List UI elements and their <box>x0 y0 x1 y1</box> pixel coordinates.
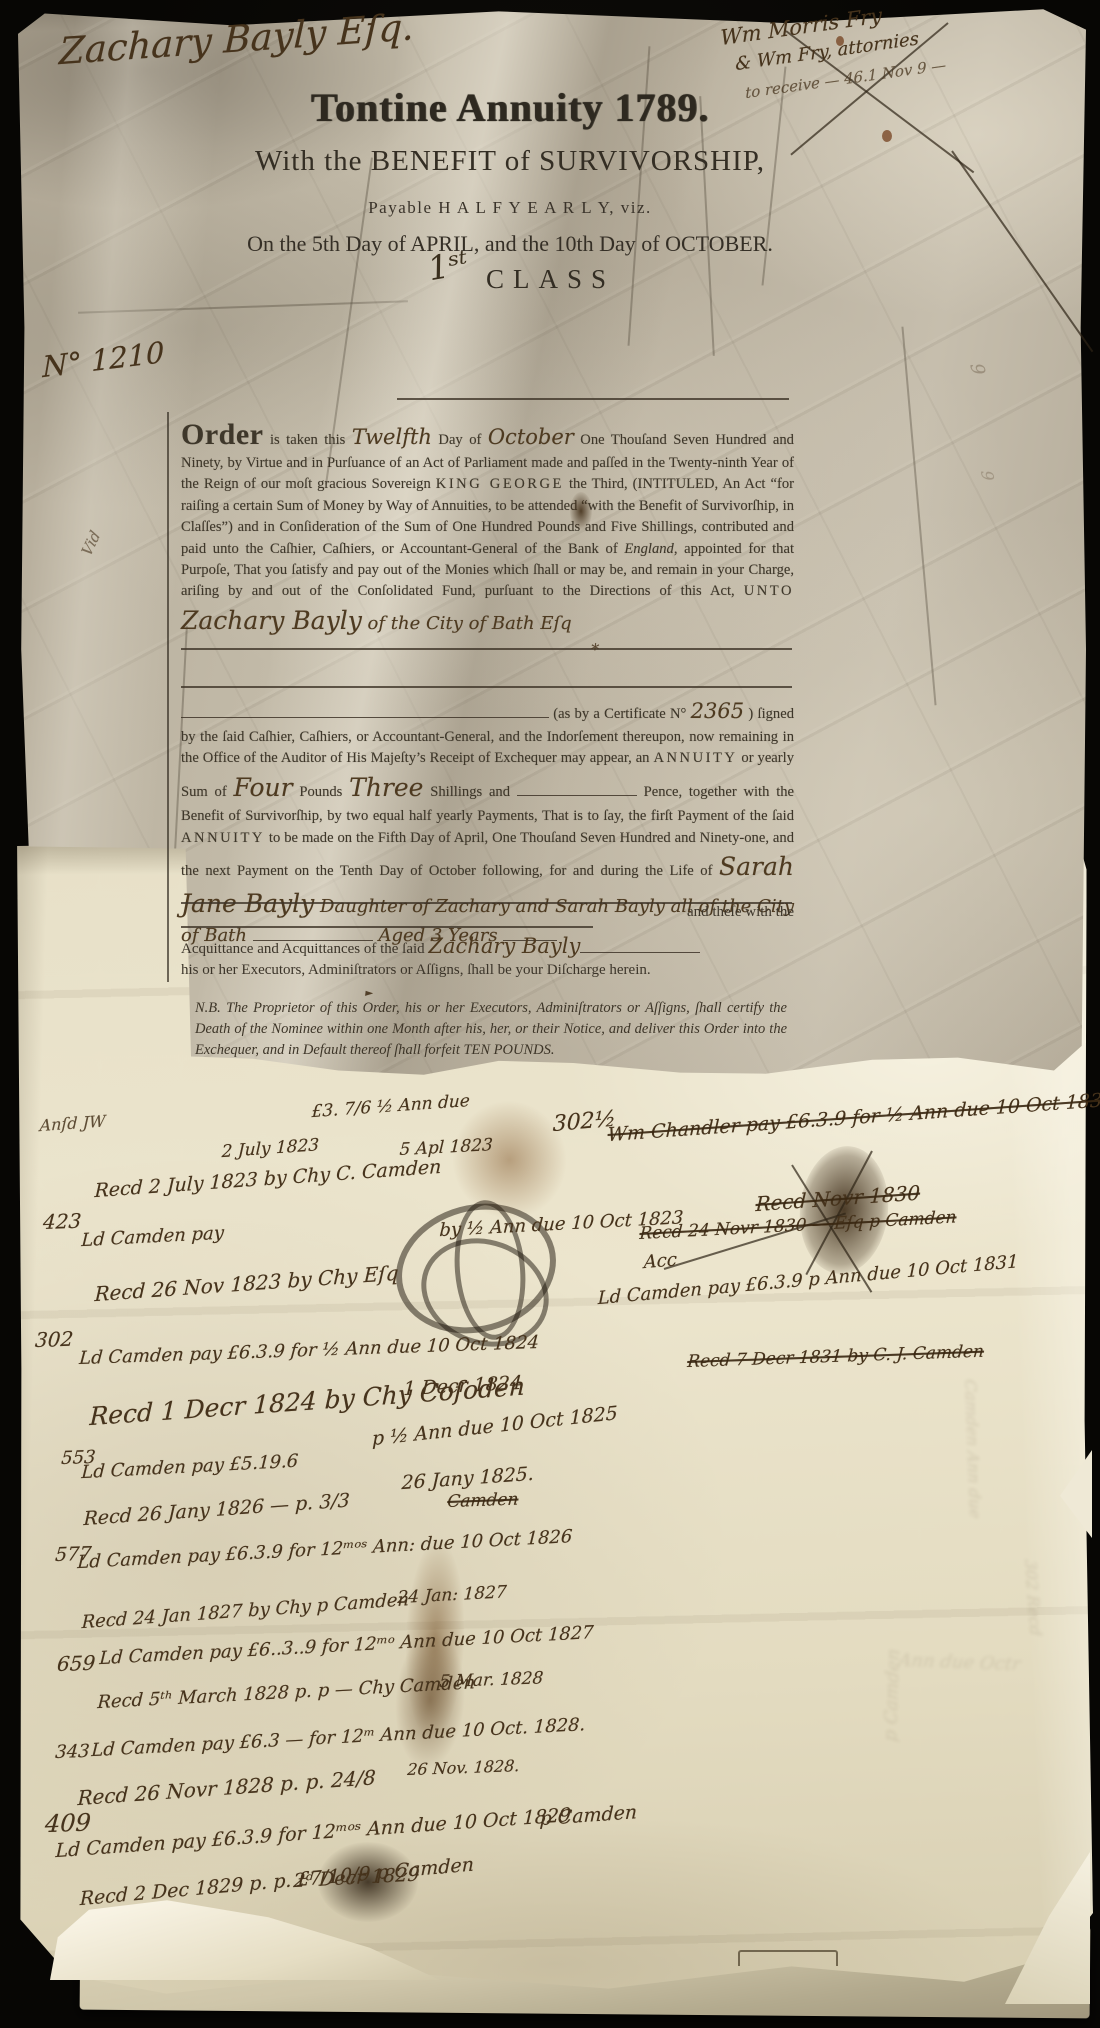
crease-line <box>699 96 714 356</box>
crease-line <box>762 67 786 286</box>
crease-line <box>628 46 651 345</box>
crease-line <box>78 300 408 314</box>
crease-line <box>901 327 936 706</box>
stitch-mark <box>738 1950 838 1966</box>
crease-line <box>325 158 372 485</box>
document-photo: Tontine Annuity 1789. With the BENEFIT o… <box>0 0 1100 2028</box>
